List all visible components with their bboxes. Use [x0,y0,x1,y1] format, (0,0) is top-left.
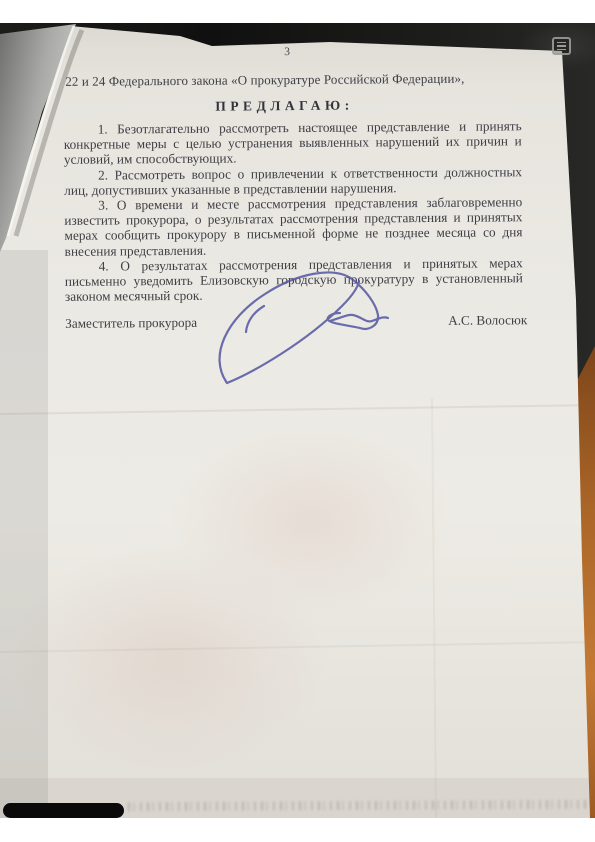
menu-key-line [557,49,566,51]
signature-main-loop [220,272,379,383]
signature-tail [330,315,388,322]
redaction-bar [3,803,124,818]
intro-line: 22 и 24 Федерального закона «О прокурату… [65,71,464,90]
signer-position-title: Заместитель прокурора [65,315,197,332]
photo-of-document: 3 22 и 24 Федерального закона «О прокура… [0,0,595,842]
paragraph-3: 3. О времени и месте рассмотрения предст… [64,194,522,258]
document-text-layer: 3 22 и 24 Федерального закона «О прокура… [0,0,595,842]
page-number: 3 [277,46,297,58]
menu-key-line [557,45,566,47]
paragraph-2: 2. Рассмотреть вопрос о привлечении к от… [64,164,522,198]
paragraph-1: 1. Безотлагательно рассмотреть настоящее… [64,118,522,167]
menu-key-icon [552,37,571,55]
signature-stroke [180,268,410,408]
signer-name: А.С. Волосюк [448,312,527,329]
document-heading: ПРЕДЛАГАЮ: [177,97,391,115]
menu-key-line [557,42,566,44]
signature-start-arc [246,306,264,332]
